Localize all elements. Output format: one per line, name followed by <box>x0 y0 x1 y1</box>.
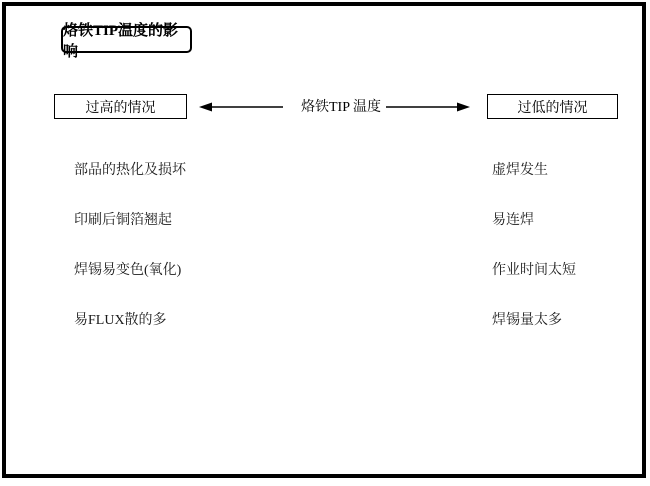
center-label: 烙铁TIP 温度 <box>291 99 391 117</box>
title-box: 烙铁TIP温度的影响 <box>61 26 192 53</box>
arrow-right-icon <box>386 100 470 114</box>
too-high-label: 过高的情况 <box>86 97 156 117</box>
list-item-low-4: 焊锡量太多 <box>492 311 562 331</box>
outer-frame: 烙铁TIP温度的影响 过高的情况 烙铁TIP 温度 过低的情况 部品的热化及损坏… <box>2 2 646 478</box>
list-item-high-3: 焊锡易变色(氧化) <box>74 261 181 281</box>
list-item-high-2: 印刷后铜箔翘起 <box>74 211 172 231</box>
list-item-low-2: 易连焊 <box>492 211 534 231</box>
list-item-high-1: 部品的热化及损坏 <box>74 161 186 181</box>
list-item-high-4: 易FLUX散的多 <box>74 311 167 331</box>
list-item-low-1: 虚焊发生 <box>492 161 548 181</box>
diagram-canvas: 烙铁TIP温度的影响 过高的情况 烙铁TIP 温度 过低的情况 部品的热化及损坏… <box>0 0 650 486</box>
arrow-left-icon <box>199 100 283 114</box>
page-title: 烙铁TIP温度的影响 <box>63 19 190 61</box>
too-high-box: 过高的情况 <box>54 94 187 119</box>
list-item-low-3: 作业时间太短 <box>492 261 576 281</box>
too-low-label: 过低的情况 <box>518 97 588 117</box>
too-low-box: 过低的情况 <box>487 94 618 119</box>
